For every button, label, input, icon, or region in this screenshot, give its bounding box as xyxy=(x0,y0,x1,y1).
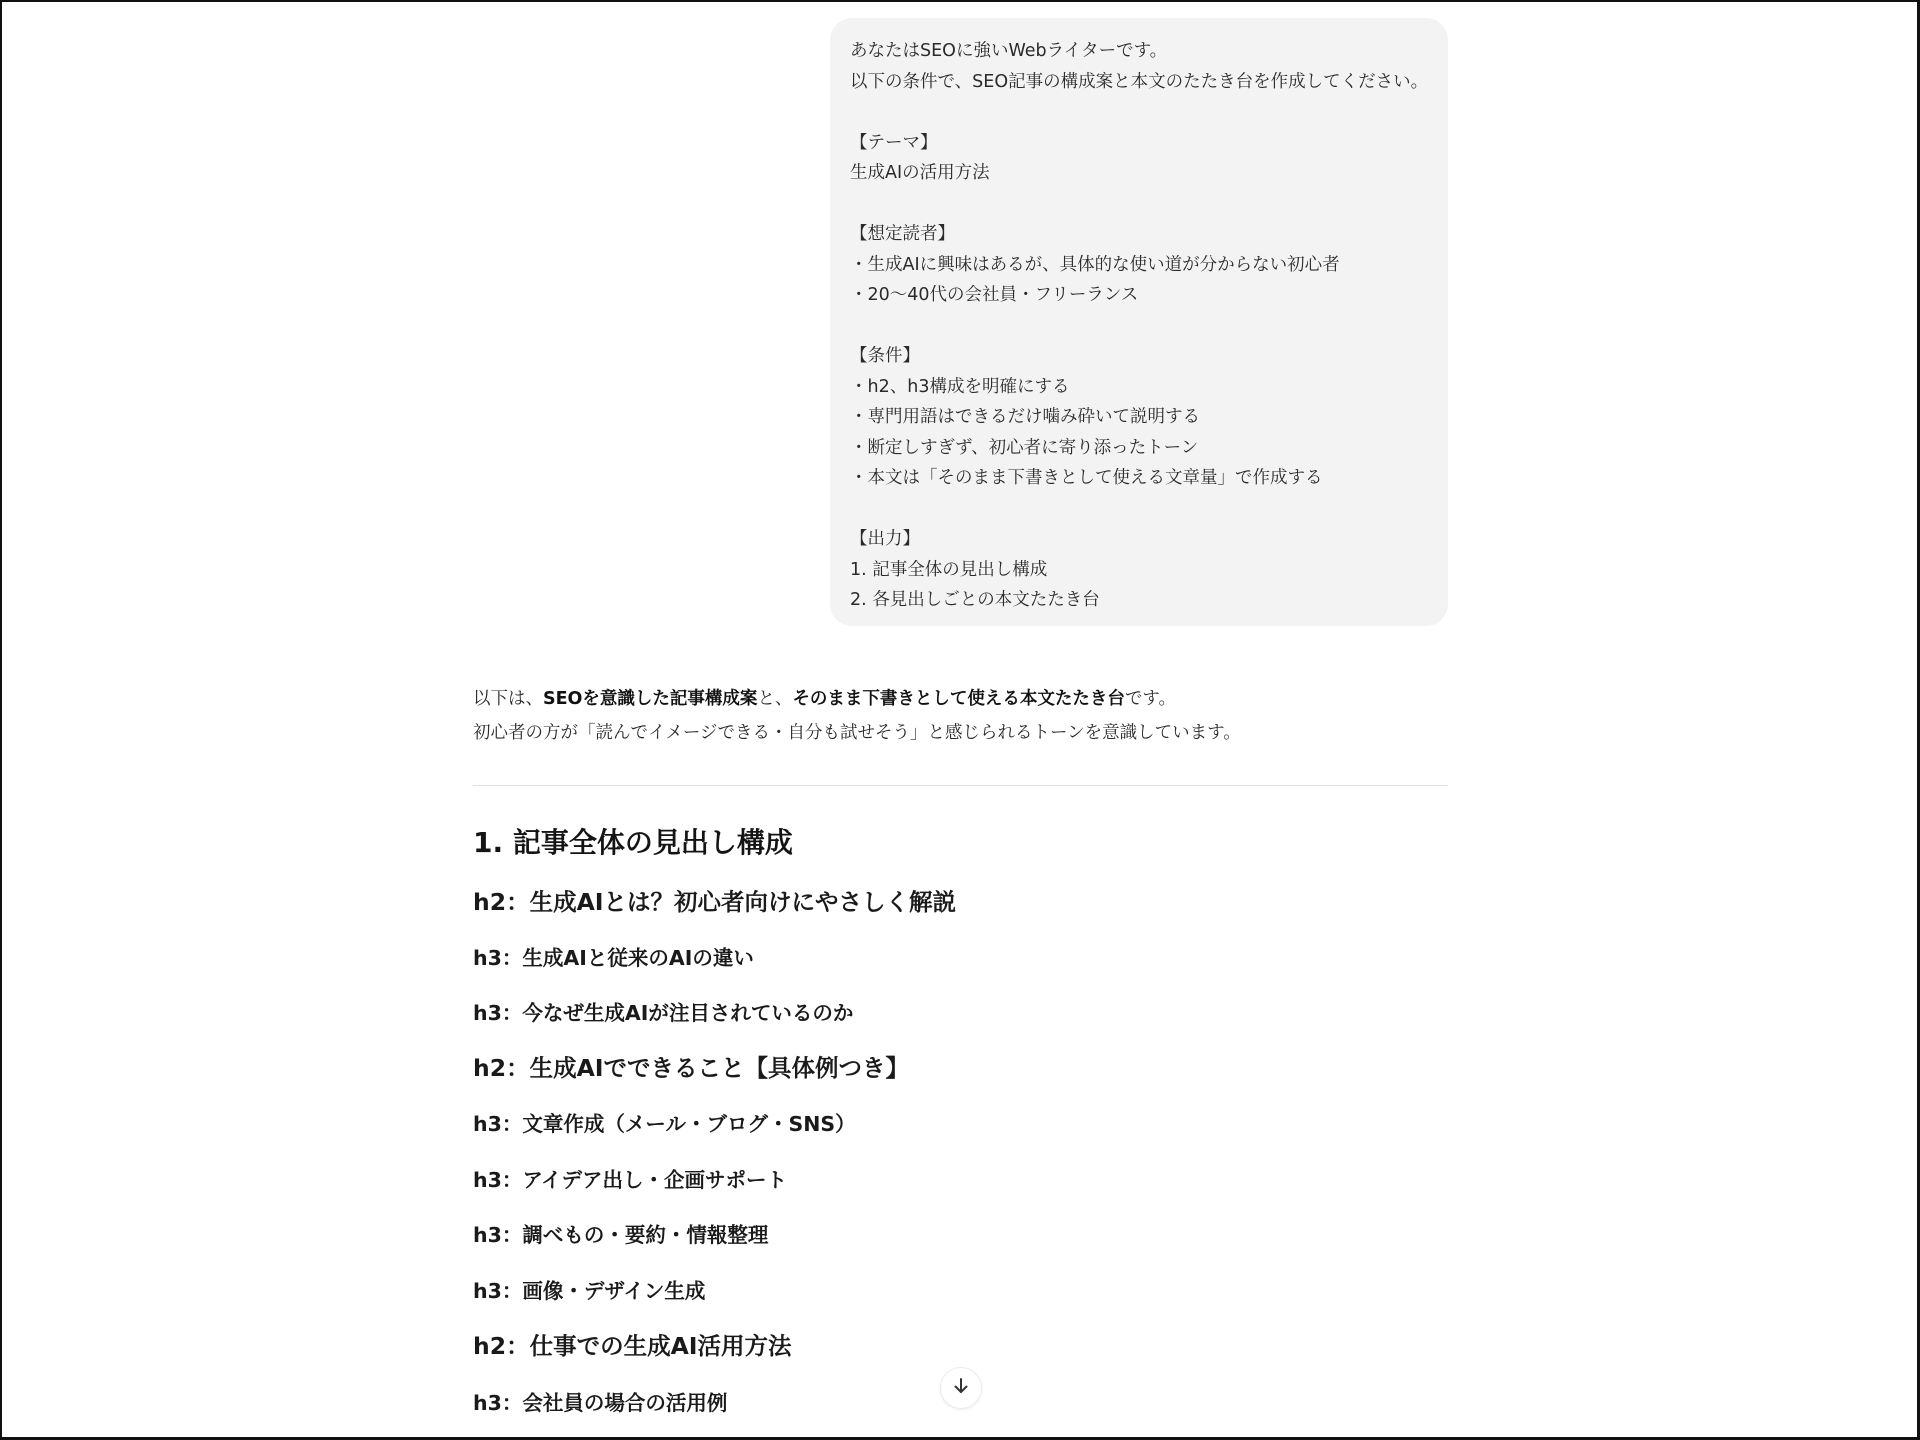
outline-h2: h2：仕事での生成AI活用方法 xyxy=(473,1330,792,1362)
user-message-line: ・専門用語はできるだけ噛み砕いて説明する xyxy=(850,402,1428,433)
section-heading: 1. 記事全体の見出し構成 xyxy=(473,824,793,862)
outline-h3: h3：画像・デザイン生成 xyxy=(473,1276,705,1306)
user-message-line: ・本文は「そのまま下書きとして使える文章量」で作成する xyxy=(850,463,1428,494)
outline-h3: h3：アイデア出し・企画サポート xyxy=(473,1165,787,1195)
outline-h3: h3：生成AIと従来のAIの違い xyxy=(473,943,754,973)
intro-text: です。 xyxy=(1125,689,1176,709)
user-message-line: あなたはSEOに強いWebライターです。 xyxy=(850,36,1428,67)
user-message-line: 2. 各見出しごとの本文たたき台 xyxy=(850,585,1428,616)
user-message-line: 1. 記事全体の見出し構成 xyxy=(850,555,1428,586)
user-message-line: 【想定読者】 xyxy=(850,219,1428,250)
outline-h3: h3：文章作成（メール・ブログ・SNS） xyxy=(473,1109,856,1139)
user-message-blank xyxy=(850,311,1428,342)
user-message-line: ・20〜40代の会社員・フリーランス xyxy=(850,280,1428,311)
outline-h3: h3：今なぜ生成AIが注目されているのか xyxy=(473,998,853,1028)
horizontal-divider xyxy=(473,785,1448,786)
response-intro: 以下は、SEOを意識した記事構成案と、そのまま下書きとして使える本文たたき台です… xyxy=(473,682,1448,750)
user-message-line: 【条件】 xyxy=(850,341,1428,372)
outline-h2: h2：生成AIでできること【具体例つき】 xyxy=(473,1052,909,1084)
intro-text: 以下は、 xyxy=(473,689,543,709)
user-message-line: 生成AIの活用方法 xyxy=(850,158,1428,189)
intro-paragraph-2: 初心者の方が「読んでイメージできる・自分も試せそう」と感じられるトーンを意識して… xyxy=(473,716,1448,750)
scroll-to-bottom-button[interactable] xyxy=(940,1367,982,1409)
user-message-blank xyxy=(850,494,1428,525)
intro-bold-text: そのまま下書きとして使える本文たたき台 xyxy=(792,689,1125,709)
outline-h2: h2：生成AIとは？初心者向けにやさしく解説 xyxy=(473,886,956,918)
intro-paragraph-1: 以下は、SEOを意識した記事構成案と、そのまま下書きとして使える本文たたき台です… xyxy=(473,682,1448,716)
user-message-blank xyxy=(850,189,1428,220)
outline-h3: h3：会社員の場合の活用例 xyxy=(473,1388,727,1418)
intro-text: と、 xyxy=(757,689,792,709)
user-message-line: 以下の条件で、SEO記事の構成案と本文のたたき台を作成してください。 xyxy=(850,67,1428,98)
outline-h3: h3：調べもの・要約・情報整理 xyxy=(473,1220,768,1250)
user-message-line: ・h2、h3構成を明確にする xyxy=(850,372,1428,403)
user-message-bubble: あなたはSEOに強いWebライターです。 以下の条件で、SEO記事の構成案と本文… xyxy=(830,18,1448,626)
user-message-line: ・断定しすぎず、初心者に寄り添ったトーン xyxy=(850,433,1428,464)
user-message-blank xyxy=(850,97,1428,128)
user-message-line: 【出力】 xyxy=(850,524,1428,555)
intro-bold-text: SEOを意識した記事構成案 xyxy=(543,689,757,709)
user-message-line: 【テーマ】 xyxy=(850,128,1428,159)
user-message-line: ・生成AIに興味はあるが、具体的な使い道が分からない初心者 xyxy=(850,250,1428,281)
arrow-down-icon xyxy=(951,1376,971,1400)
